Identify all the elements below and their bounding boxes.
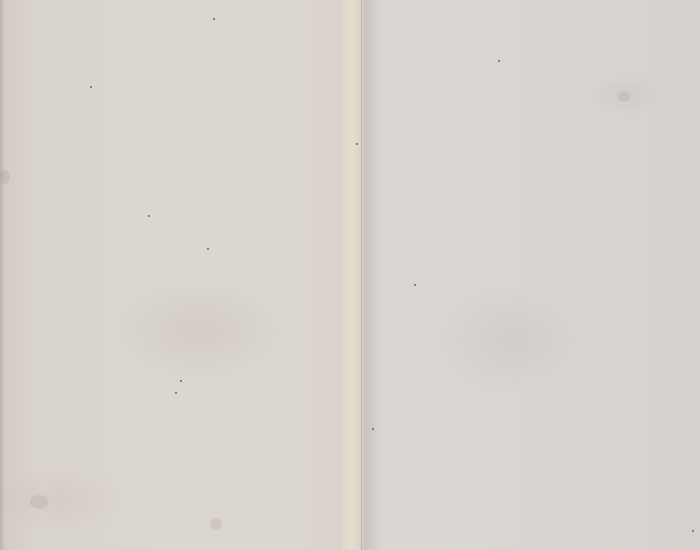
speck xyxy=(213,18,215,20)
fold-shadow xyxy=(366,0,380,550)
speck xyxy=(372,428,374,430)
center-gutter xyxy=(340,0,366,550)
speck xyxy=(180,380,182,382)
speck xyxy=(414,284,416,286)
speck xyxy=(207,248,209,250)
paper-spread xyxy=(0,0,700,550)
speck xyxy=(148,215,150,217)
right-page xyxy=(364,0,700,550)
fold-line xyxy=(361,0,362,550)
speck xyxy=(498,60,500,62)
speck xyxy=(90,86,92,88)
left-page xyxy=(0,0,348,550)
stain xyxy=(0,170,10,184)
stain xyxy=(30,495,48,509)
stain xyxy=(210,518,222,530)
speck xyxy=(356,143,358,145)
speck xyxy=(175,392,177,394)
speck xyxy=(692,530,694,532)
stain xyxy=(618,92,630,102)
